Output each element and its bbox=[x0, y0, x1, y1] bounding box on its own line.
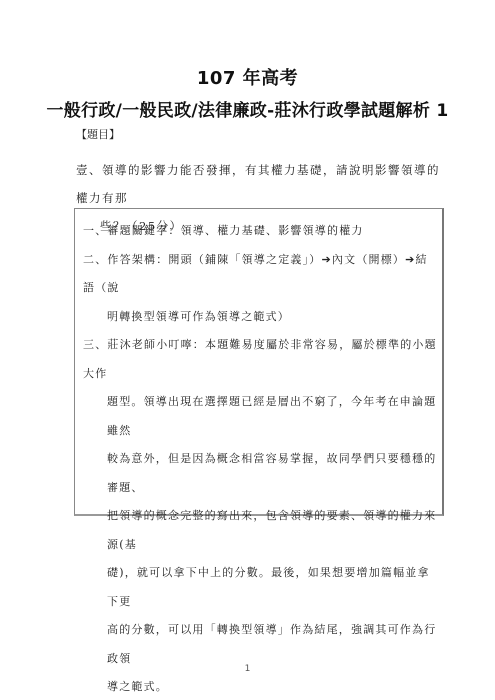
item-number: 一、 bbox=[83, 224, 107, 237]
item-continuation: 礎)，就可以拿下中上的分數。最後，如果想要增加篇幅並拿下更 bbox=[83, 559, 439, 616]
item-number: 二、 bbox=[83, 253, 107, 266]
item-continuation: 明轉換型領導可作為領導之範式） bbox=[83, 303, 439, 332]
analysis-item-teacher-note: 三、莊沐老師小叮嚀：本題難易度屬於非常容易，屬於標準的小題大作 題型。領導出現在… bbox=[83, 331, 439, 700]
item-continuation: 把領導的概念完整的寫出來，包含領導的要素、領導的權力來源(基 bbox=[83, 502, 439, 559]
item-text: 審題關鍵字：領導、權力基礎、影響領導的權力 bbox=[107, 224, 363, 237]
analysis-item-keywords: 一、審題關鍵字：領導、權力基礎、影響領導的權力 bbox=[83, 217, 439, 246]
question-line-1: 壹、領導的影響力能否發揮，有其權力基礎，請說明影響領導的權力有那 bbox=[76, 163, 440, 205]
item-continuation: 較為意外，但是因為概念相當容易掌握，故同學們只要穩穩的審題、 bbox=[83, 445, 439, 502]
item-number: 三、 bbox=[83, 338, 107, 351]
document-page: 107 年高考 一般行政/一般民政/法律廉政-莊沐行政學試題解析 1 【題目】 … bbox=[0, 0, 495, 700]
analysis-item-structure: 二、作答架構：開頭（鋪陳「領導之定義」）➔內文（開標）➔結語（說 明轉換型領導可… bbox=[83, 246, 439, 332]
item-continuation: 導之範式。 bbox=[83, 673, 439, 700]
document-title: 107 年高考 bbox=[0, 64, 495, 90]
analysis-box: 一、審題關鍵字：領導、權力基礎、影響領導的權力 二、作答架構：開頭（鋪陳「領導之… bbox=[74, 208, 444, 516]
item-continuation: 題型。領導出現在選擇題已經是層出不窮了，今年考在申論題雖然 bbox=[83, 388, 439, 445]
item-text: 作答架構：開頭（鋪陳「領導之定義」）➔內文（開標）➔結語（說 bbox=[83, 253, 428, 295]
item-text: 莊沐老師小叮嚀：本題難易度屬於非常容易，屬於標準的小題大作 bbox=[83, 338, 437, 380]
document-subtitle: 一般行政/一般民政/法律廉政-莊沐行政學試題解析 1 bbox=[0, 96, 495, 121]
section-label: 【題目】 bbox=[76, 126, 120, 142]
page-number: 1 bbox=[0, 664, 495, 674]
